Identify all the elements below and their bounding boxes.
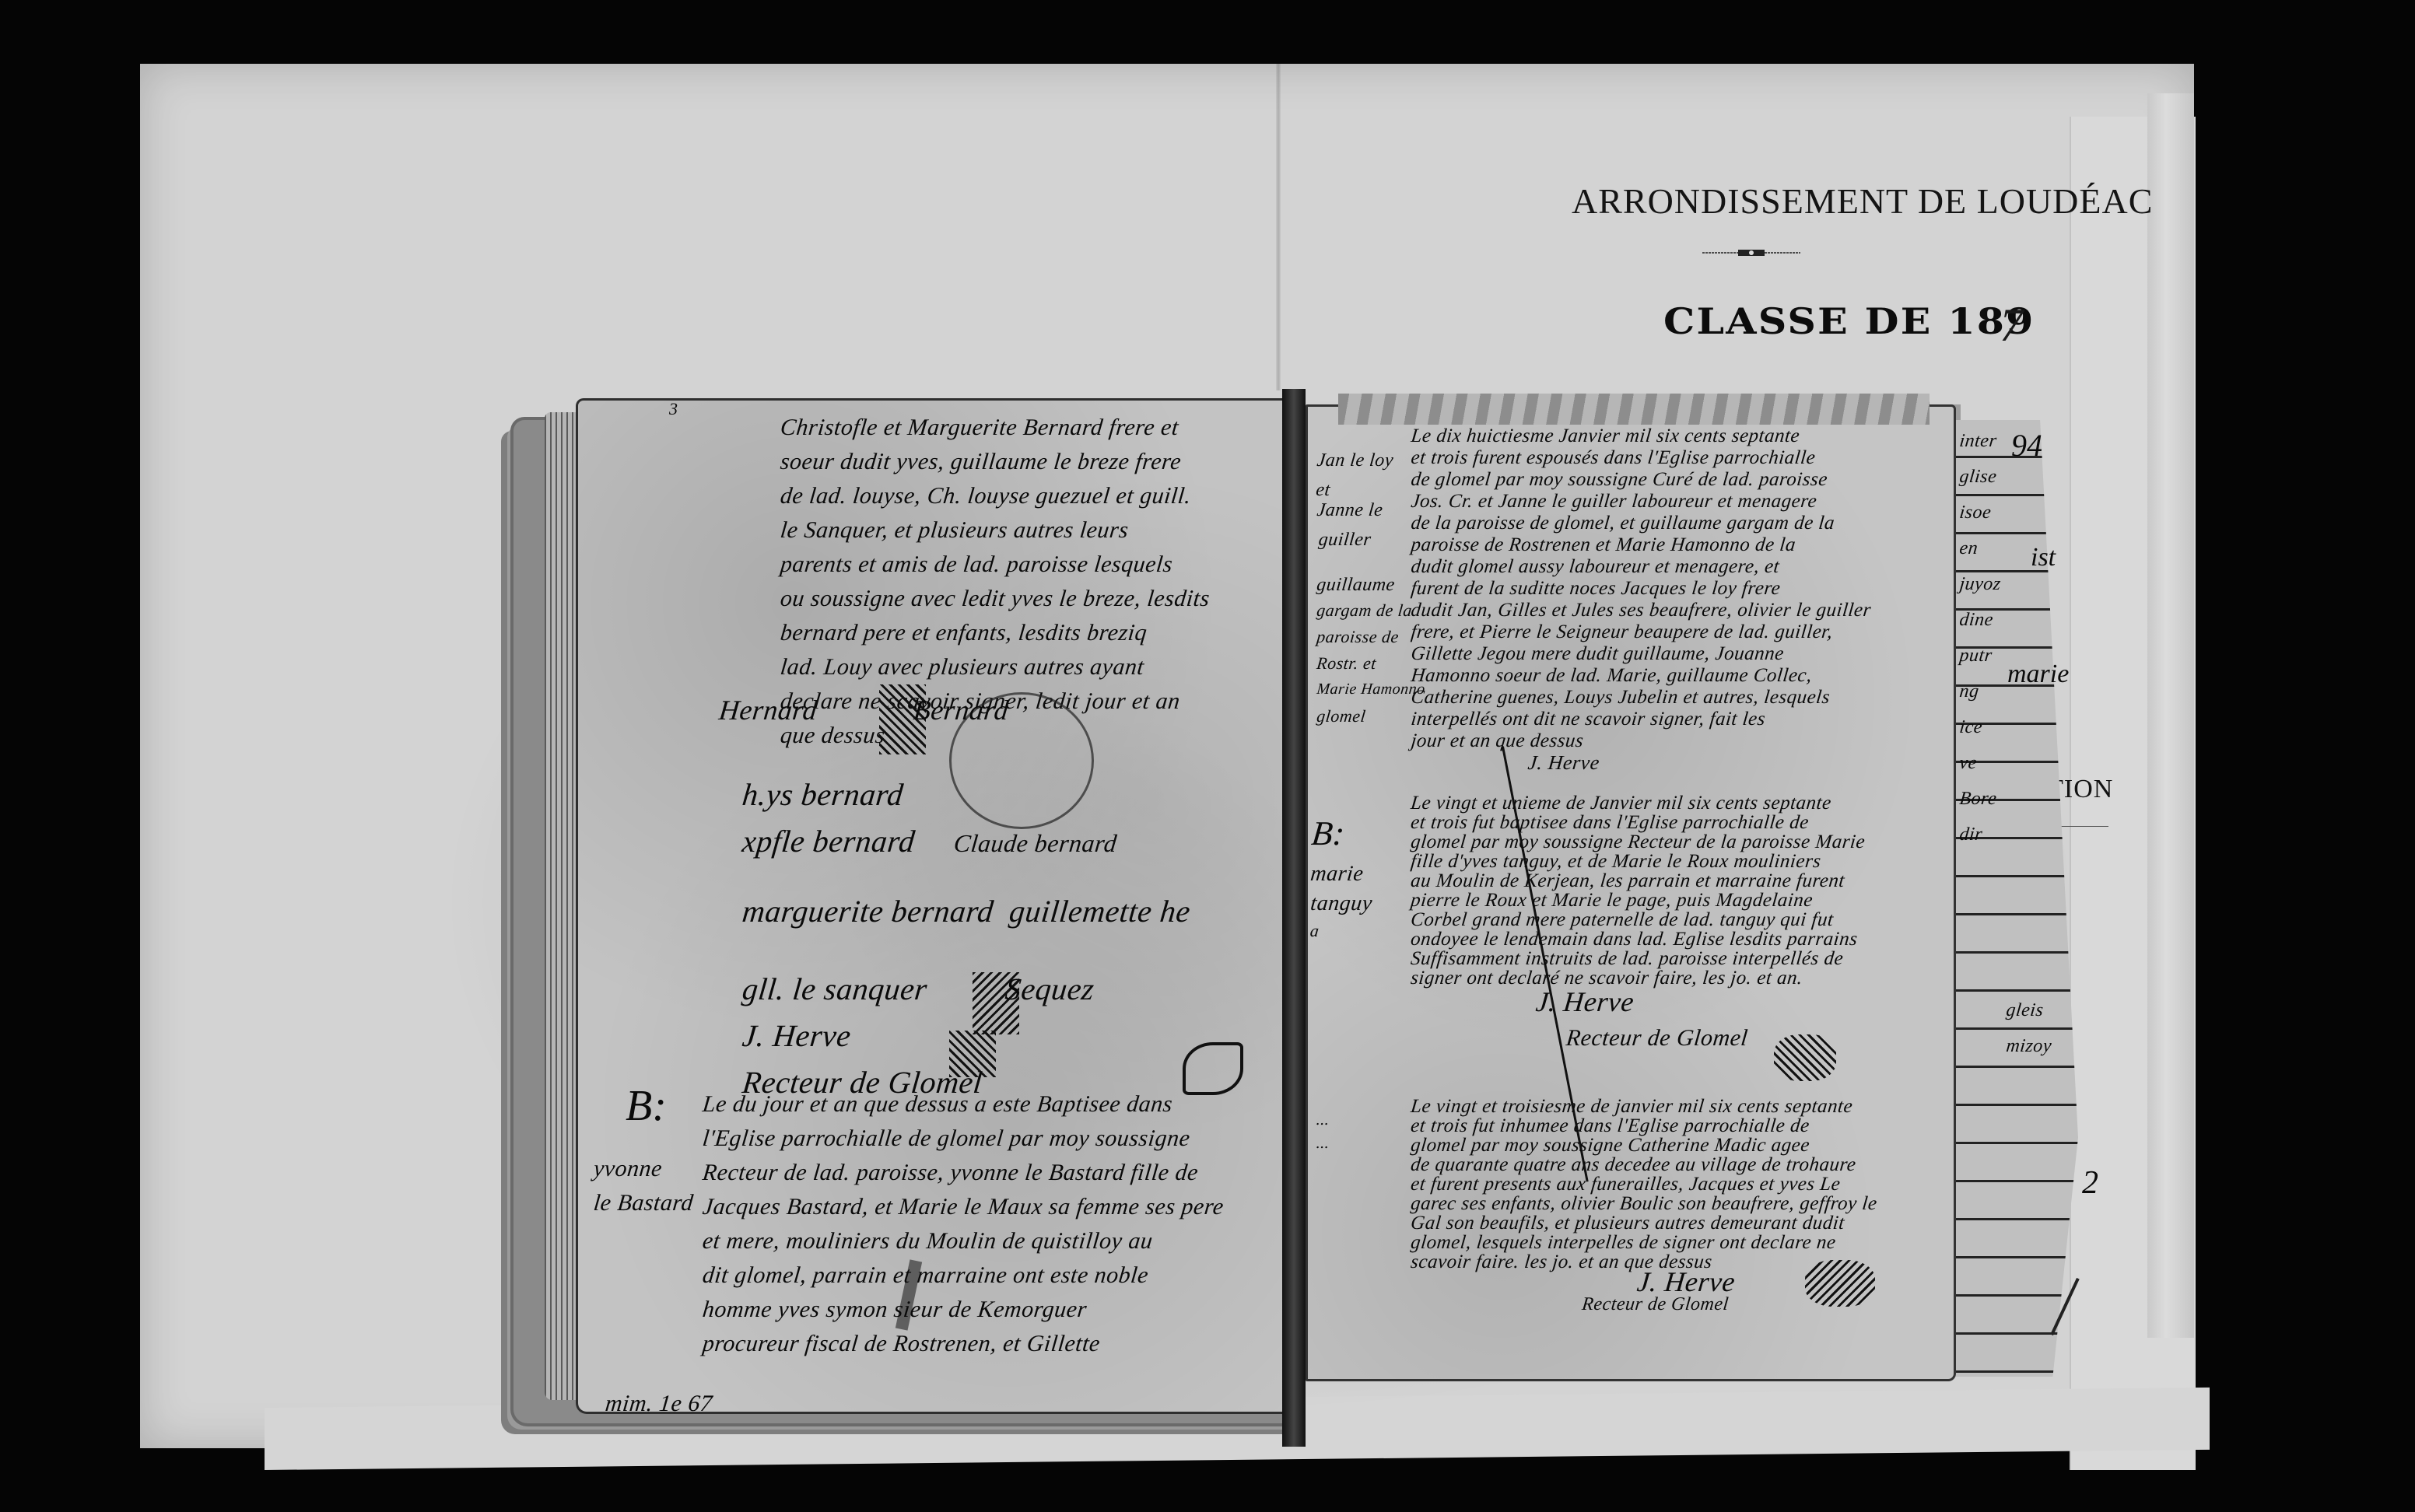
cover-fold-strip — [2147, 93, 2194, 1338]
signature-name: marguerite bernard — [741, 894, 995, 929]
right-entry-3-margin: ... ... — [1315, 1112, 1328, 1159]
text-line: Gal son beaufils, et plusieurs autres de… — [1410, 1213, 1878, 1233]
signature: xpfle bernard Claude bernard — [739, 826, 1192, 873]
text-line: interpellés ont dit ne scavoir signer, f… — [1410, 709, 1872, 731]
text-line: Jacques Bastard, et Marie le Maux sa fem… — [700, 1195, 1225, 1230]
signature-paraph — [1805, 1260, 1875, 1307]
margin-mark: 2 — [2082, 1167, 2098, 1199]
text-line: Jos. Cr. et Janne le guiller laboureur e… — [1410, 492, 1872, 513]
text-line: Suffisamment instruits de lad. paroisse … — [1410, 949, 1866, 968]
text-line: Le du jour et an que dessus a este Bapti… — [700, 1093, 1225, 1127]
signature: J. Herve — [739, 1020, 1192, 1067]
text-line: furent de la suditte noces Jacques le lo… — [1410, 579, 1872, 600]
fragment-word: Bore — [1957, 789, 2052, 825]
text-line: soeur dudit yves, guillaume le breze fre… — [778, 450, 1211, 485]
classe-year-handwritten: 7 — [2000, 299, 2023, 352]
text-line: ondoyee le lendemain dans lad. Eglise le… — [1410, 929, 1866, 949]
text-line: pierre le Roux et Marie le page, puis Ma… — [1410, 891, 1866, 910]
side-note: ist — [2031, 544, 2056, 571]
fragment-word: gleis — [2003, 1001, 2052, 1037]
margin-name: tanguy — [1309, 893, 1373, 922]
cover-center-fold — [1276, 64, 1281, 390]
signature-name: xpfle bernard — [741, 824, 917, 859]
text-line: et trois furent espousés dans l'Eglise p… — [1410, 448, 1872, 470]
side-note: marie — [2007, 661, 2069, 688]
signature-name: gll. le sanquer — [741, 971, 929, 1006]
text-line: lad. Louy avec plusieurs autres ayant — [778, 656, 1211, 690]
right-entry-1-margin: Jan le loy et Janne le guiller guillaume… — [1315, 451, 1423, 734]
text-line: de lad. louyse, Ch. louyse guezuel et gu… — [778, 485, 1211, 519]
left-page-corner-mark: 3 — [669, 401, 678, 418]
text-line: de quarante quatre ans decedee au villag… — [1410, 1155, 1878, 1174]
text-line: de glomel par moy soussigne Curé de lad.… — [1410, 470, 1872, 492]
left-page-footer-note: mim. 1e 67 — [603, 1392, 710, 1426]
signature-name: Sequez — [1004, 971, 1096, 1006]
text-line: garec ses enfants, olivier Boulic son be… — [1410, 1194, 1878, 1213]
signature-name: Claude bernard — [952, 829, 1118, 857]
left-signatures: h.ys bernard xpfle bernard Claude bernar… — [739, 779, 1187, 1114]
fragment-word: ve — [1957, 754, 2052, 789]
ornament-divider-icon — [1702, 247, 1800, 258]
right-entry-2-margin: B: marie tanguy a — [1309, 817, 1370, 946]
margin-name: et — [1315, 481, 1425, 501]
text-line: glomel, lesquels interpelles de signer o… — [1410, 1233, 1878, 1252]
text-line: frere, et Pierre le Seigneur beaupere de… — [1410, 622, 1872, 644]
signature-paraph — [1774, 1034, 1836, 1081]
text-line: au Moulin de Kerjean, les parrain et mar… — [1410, 871, 1866, 891]
right-entry-1: Le dix huictiesme Janvier mil six cents … — [1410, 426, 1870, 776]
left-entry-2: Le du jour et an que dessus a este Bapti… — [700, 1093, 1222, 1367]
signature: Recteur de Glomel — [1579, 1295, 1730, 1329]
side-fragment-notes: inter glise isoe en juyoz dine putr ng i… — [1957, 432, 2049, 1073]
baptism-marker: B: — [1309, 817, 1376, 863]
right-page-torn-top — [1338, 394, 1930, 425]
arrondissement-heading: ARRONDISSEMENT DE LOUDÉAC — [1572, 180, 2153, 222]
text-line: Recteur de lad. paroisse, yvonne le Bast… — [700, 1161, 1225, 1195]
baptism-marker: B: — [626, 1084, 667, 1128]
text-line: de la paroisse de glomel, et guillaume g… — [1410, 513, 1872, 535]
fragment-word: isoe — [1957, 503, 2052, 539]
text-line: jour et an que dessus — [1410, 731, 1872, 753]
text-line: glomel par moy soussigne Recteur de la p… — [1410, 832, 1866, 852]
right-entry-3-signature-title: Recteur de Glomel — [1579, 1295, 1726, 1329]
margin-name: ... — [1315, 1136, 1330, 1159]
text-line: Corbel grand mere paternelle de lad. tan… — [1410, 910, 1866, 929]
margin-name: a — [1309, 922, 1372, 946]
right-entry-2-signature-title: Recteur de Glomel — [1564, 1027, 1745, 1061]
text-line: parents et amis de lad. paroisse lesquel… — [778, 553, 1211, 587]
text-line: paroisse de Rostrenen et Marie Hamonno d… — [1410, 535, 1872, 557]
signature: marguerite bernard guillemette he — [739, 896, 1192, 943]
fragment-word: mizoy — [2003, 1037, 2052, 1073]
margin-name: ... — [1315, 1112, 1330, 1136]
text-line: dit glomel, parrain et marraine ont este… — [700, 1264, 1225, 1298]
signature: gll. le sanquer Sequez — [739, 974, 1192, 1020]
text-line: glomel par moy soussigne Catherine Madic… — [1410, 1136, 1878, 1155]
fragment-word: ice — [1957, 718, 2052, 754]
text-line: dudit Jan, Gilles et Jules ses beaufrere… — [1410, 600, 1872, 622]
text-line: Hamonno soeur de lad. Marie, guillaume C… — [1410, 666, 1872, 688]
text-line: et trois fut baptisee dans l'Eglise parr… — [1410, 813, 1866, 832]
signature: Hernard — [716, 696, 818, 741]
text-line: Le vingt et troisiesme de janvier mil si… — [1410, 1097, 1878, 1116]
signature: h.ys bernard — [739, 779, 1192, 826]
fragment-word: glise — [1957, 467, 2052, 503]
text-line: Le vingt et unieme de Janvier mil six ce… — [1410, 793, 1866, 813]
text-line: bernard pere et enfants, lesdits breziq — [778, 621, 1211, 656]
left-entry-2-margin: yvonne le Bastard — [591, 1157, 691, 1226]
text-line: procureur fiscal de Rostrenen, et Gillet… — [700, 1332, 1225, 1367]
text-line: Le dix huictiesme Janvier mil six cents … — [1410, 426, 1872, 448]
fragment-word: dine — [1957, 611, 2052, 646]
text-line: homme yves symon sieur de Kemorguer — [700, 1298, 1225, 1332]
signature: Recteur de Glomel — [1564, 1027, 1749, 1061]
folio-number: 94 — [2011, 430, 2042, 461]
margin-name: le Bastard — [591, 1192, 695, 1226]
text-line: Catherine guenes, Louys Jubelin et autre… — [1410, 688, 1872, 709]
signature: Bernard — [910, 696, 1010, 741]
text-line: l'Eglise parrochialle de glomel par moy … — [700, 1127, 1225, 1161]
signature-name: h.ys bernard — [741, 777, 905, 812]
margin-name: marie — [1309, 863, 1373, 893]
text-line: signer ont declaré ne scavoir faire, les… — [1410, 968, 1866, 988]
fragment-word: juyoz — [1957, 575, 2052, 611]
text-line: ou soussigne avec ledit yves le breze, l… — [778, 587, 1211, 621]
text-line: fille d'yves tanguy, et de Marie le Roux… — [1410, 852, 1866, 871]
right-entry-2: Le vingt et unieme de Janvier mil six ce… — [1410, 793, 1864, 988]
left-signatures-top: Hernard Bernard — [716, 696, 1005, 741]
text-line: et trois fut inhumee dans l'Eglise parro… — [1410, 1116, 1878, 1136]
footer-note: mim. 1e 67 — [603, 1392, 713, 1426]
text-line: et mere, mouliniers du Moulin de quistil… — [700, 1230, 1225, 1264]
text-line: et furent presents aux funerailles, Jacq… — [1410, 1174, 1878, 1194]
classe-heading: CLASSE DE 189 — [1663, 300, 2035, 342]
right-entry-3: Le vingt et troisiesme de janvier mil si… — [1410, 1097, 1876, 1272]
signature-name: guillemette he — [1008, 894, 1192, 929]
signature: J. Herve — [1526, 753, 1872, 776]
fragment-word: dir — [1957, 825, 2052, 861]
text-line: Christofle et Marguerite Bernard frere e… — [778, 416, 1211, 450]
margin-name: yvonne — [591, 1157, 695, 1192]
text-line: le Sanquer, et plusieurs autres leurs — [778, 519, 1211, 553]
text-line: dudit glomel aussy laboureur et menagere… — [1410, 557, 1872, 579]
cross-mark-signature — [1183, 1042, 1243, 1095]
text-line: Gillette Jegou mere dudit guillaume, Jou… — [1410, 644, 1872, 666]
register-spine — [1282, 389, 1306, 1447]
